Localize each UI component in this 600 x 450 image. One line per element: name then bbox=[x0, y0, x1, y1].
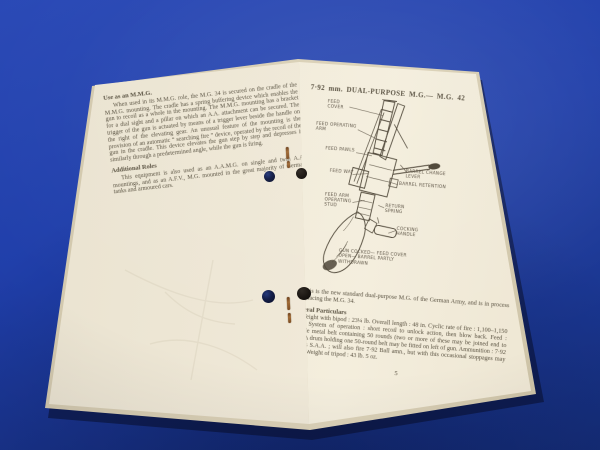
diagram-label-feed-cover: FEED COVER bbox=[327, 99, 344, 110]
staple bbox=[288, 313, 292, 323]
photo-backdrop: Use as an M.M.G. When used in its M.M.G.… bbox=[0, 0, 600, 450]
diagram-label-feed-arm-operating-stud: FEED ARM OPERATING STUD bbox=[324, 192, 352, 209]
staple bbox=[287, 161, 290, 168]
show-through-ghost bbox=[95, 252, 285, 397]
punch-hole bbox=[297, 287, 311, 300]
staple bbox=[287, 297, 291, 310]
left-page-text-column: Use as an M.M.G. When used in its M.M.G.… bbox=[103, 74, 307, 196]
diagram-label-cocking-handle: COCKING HANDLE bbox=[396, 227, 418, 239]
punch-hole bbox=[296, 168, 307, 179]
staple bbox=[286, 147, 290, 159]
diagram-label-return-spring: RETURN SPRING bbox=[385, 204, 405, 216]
punch-hole bbox=[264, 171, 275, 182]
punch-hole bbox=[262, 290, 275, 303]
